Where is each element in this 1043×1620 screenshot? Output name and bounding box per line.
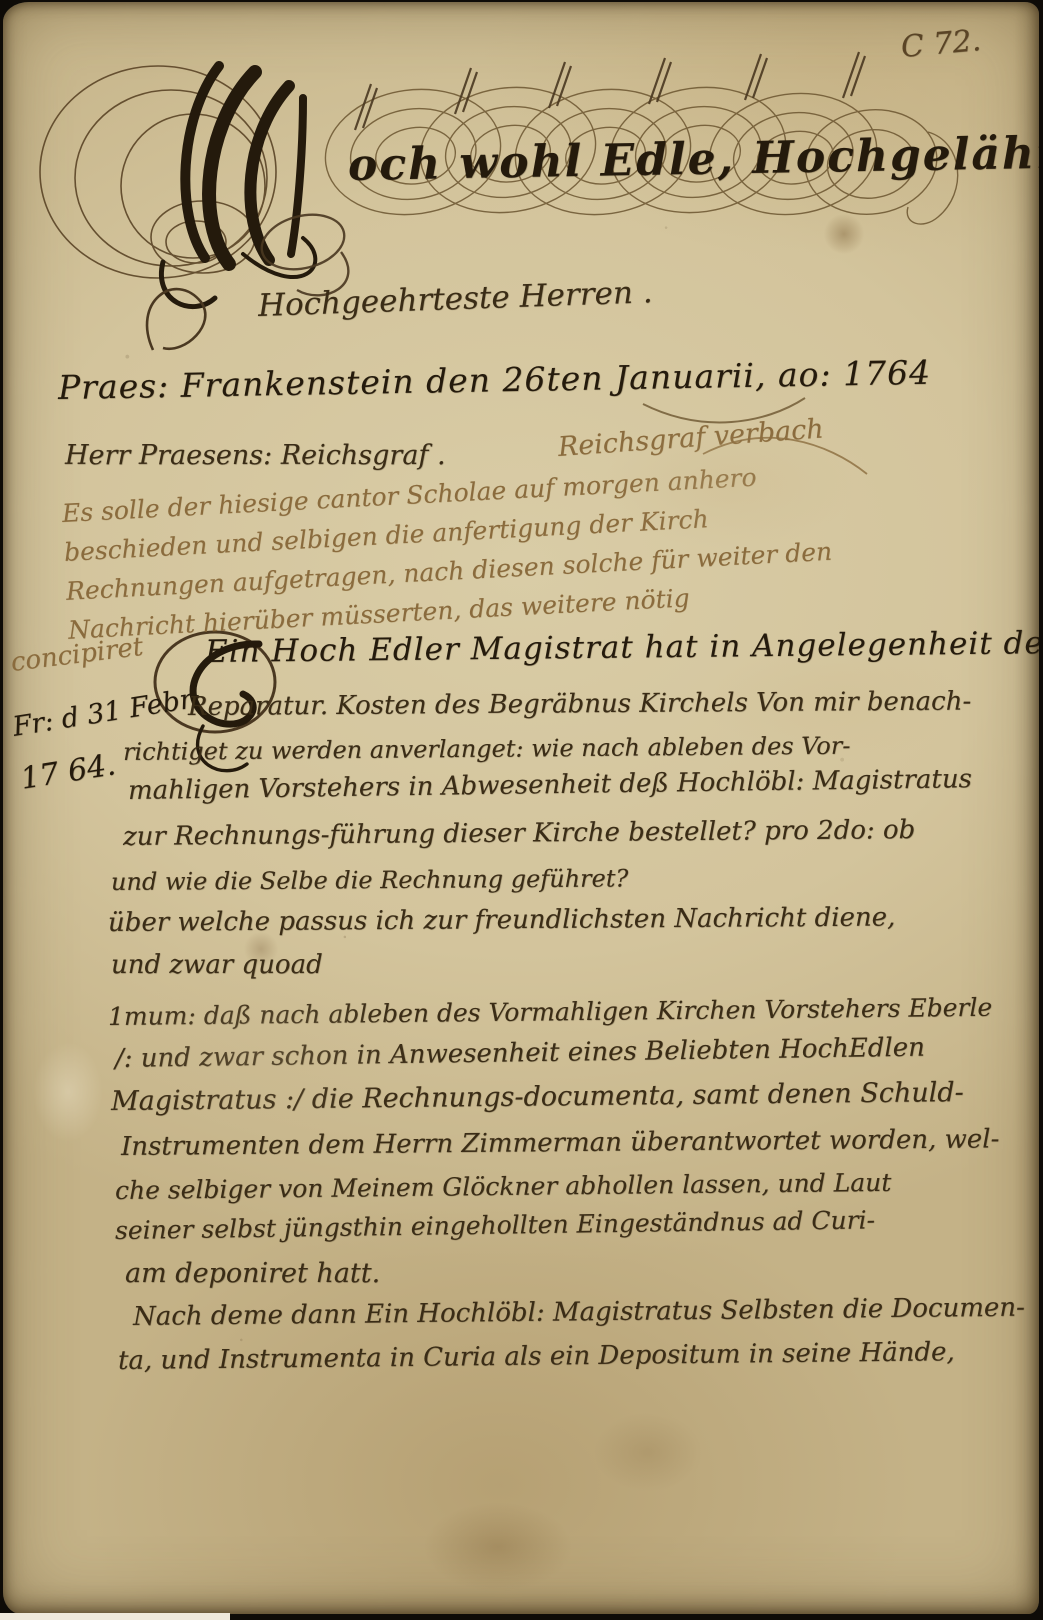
- manuscript-line: zur Rechnungs-führung dieser Kirche best…: [123, 815, 916, 852]
- manuscript-line: 1mum: daß nach ableben des Vormahligen K…: [108, 993, 993, 1031]
- manuscript-line: che selbiger von Meinem Glöckner abholle…: [115, 1168, 892, 1205]
- manuscript-line: über welche passus ich zur freundlichste…: [108, 903, 896, 938]
- manuscript-line: mahligen Vorstehers in Abwesenheit deß H…: [128, 764, 972, 806]
- manuscript-scan: { "document": { "archival_mark": "C 72."…: [0, 0, 1043, 1620]
- draft-annotation-concipiret: concipiret: [9, 632, 145, 678]
- dateline: Praes: Frankenstein den 26ten Januarii, …: [58, 353, 932, 407]
- scanner-bed-strip: [0, 1613, 230, 1620]
- manuscript-line: seiner selbst jüngsthin eingehollten Ein…: [115, 1205, 875, 1245]
- paper-stain: [33, 1042, 103, 1142]
- manuscript-line: und zwar quoad: [111, 950, 323, 980]
- manuscript-line: Magistratus :/ die Rechnungs-documenta, …: [111, 1077, 964, 1117]
- manuscript-line: richtiget zu werden anverlanget: wie nac…: [123, 732, 851, 766]
- addressee-line: Herr Praesens: Reichsgraf .: [65, 440, 446, 471]
- manuscript-line: ta, und Instrumenta in Curia als ein Dep…: [118, 1337, 955, 1376]
- manuscript-line: und wie die Selbe die Rechnung geführet?: [111, 864, 628, 896]
- manuscript-line: Nach deme dann Ein Hochlöbl: Magistratus…: [133, 1293, 1025, 1332]
- manuscript-line: Instrumenten dem Herrn Zimmerman überant…: [121, 1124, 1000, 1162]
- manuscript-line: Reparatur. Kosten des Begräbnus Kirchels…: [188, 687, 971, 722]
- manuscript-page: C 72. och wohl Edle, Hochgelährte, Hochg…: [3, 2, 1039, 1614]
- archival-mark: C 72.: [899, 23, 982, 65]
- letterhead-title: och wohl Edle, Hochgelährte,: [348, 126, 1039, 191]
- manuscript-line: am deponiret hatt.: [125, 1258, 380, 1289]
- ink-stain: [823, 214, 865, 254]
- manuscript-line: /: und zwar schon in Anwesenheit eines B…: [115, 1033, 925, 1074]
- salutation-line: Hochgeehrteste Herren .: [257, 274, 653, 324]
- margin-year-note: 17 64.: [18, 747, 118, 796]
- margin-date-note: Fr: d 31 Febr:: [11, 682, 204, 742]
- paper-stain: [593, 1412, 703, 1492]
- paper-stain: [423, 1502, 573, 1592]
- draft-annotation: Es solle der hiesige cantor Scholae auf …: [61, 454, 835, 650]
